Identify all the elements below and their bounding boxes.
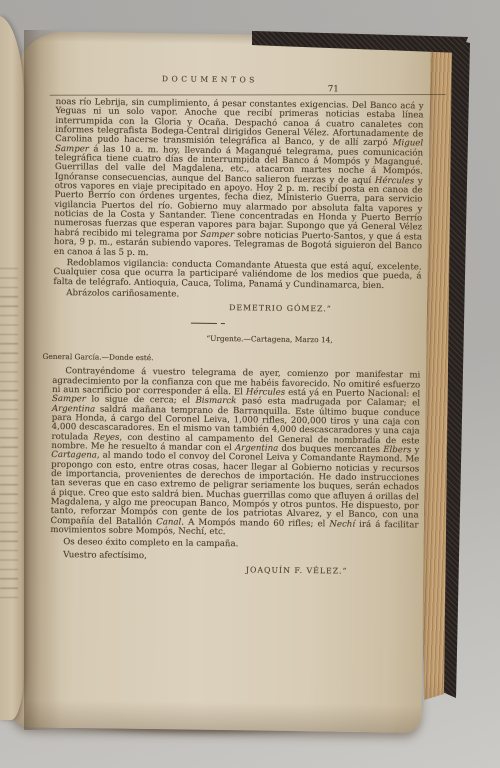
letter1-body: noas río Lebrija, sin cumplimiento, á pe…	[54, 98, 424, 261]
facing-page-text-blur	[0, 268, 18, 598]
facing-page-sliver	[0, 16, 24, 720]
book-photo: DOCUMENTOS 71 noas río Lebrija, sin cump…	[0, 0, 500, 768]
section-divider	[191, 322, 217, 323]
page-content: DOCUMENTOS 71 noas río Lebrija, sin cump…	[50, 72, 424, 577]
letter1-paragraph2: Redoblamos vigilancia: conducta Comandan…	[53, 259, 421, 292]
letter2-body: Contrayéndome á vuestro telegrama de aye…	[50, 367, 420, 540]
letter2-dateline: “Urgente.—Cartagena, Marzo 14,	[53, 332, 421, 346]
header-rule	[50, 94, 446, 96]
letter2-addressee: General García.—Donde esté.	[42, 352, 420, 366]
running-head: DOCUMENTOS	[56, 73, 364, 86]
letter2-closing: Vuestro afectísimo,	[50, 551, 418, 565]
letter1-closing: Abrázolos cariñosamente.	[53, 289, 421, 303]
letter1-signature: DEMETRIO GÓMEZ.”	[229, 303, 421, 315]
page-header: DOCUMENTOS 71	[56, 72, 424, 102]
